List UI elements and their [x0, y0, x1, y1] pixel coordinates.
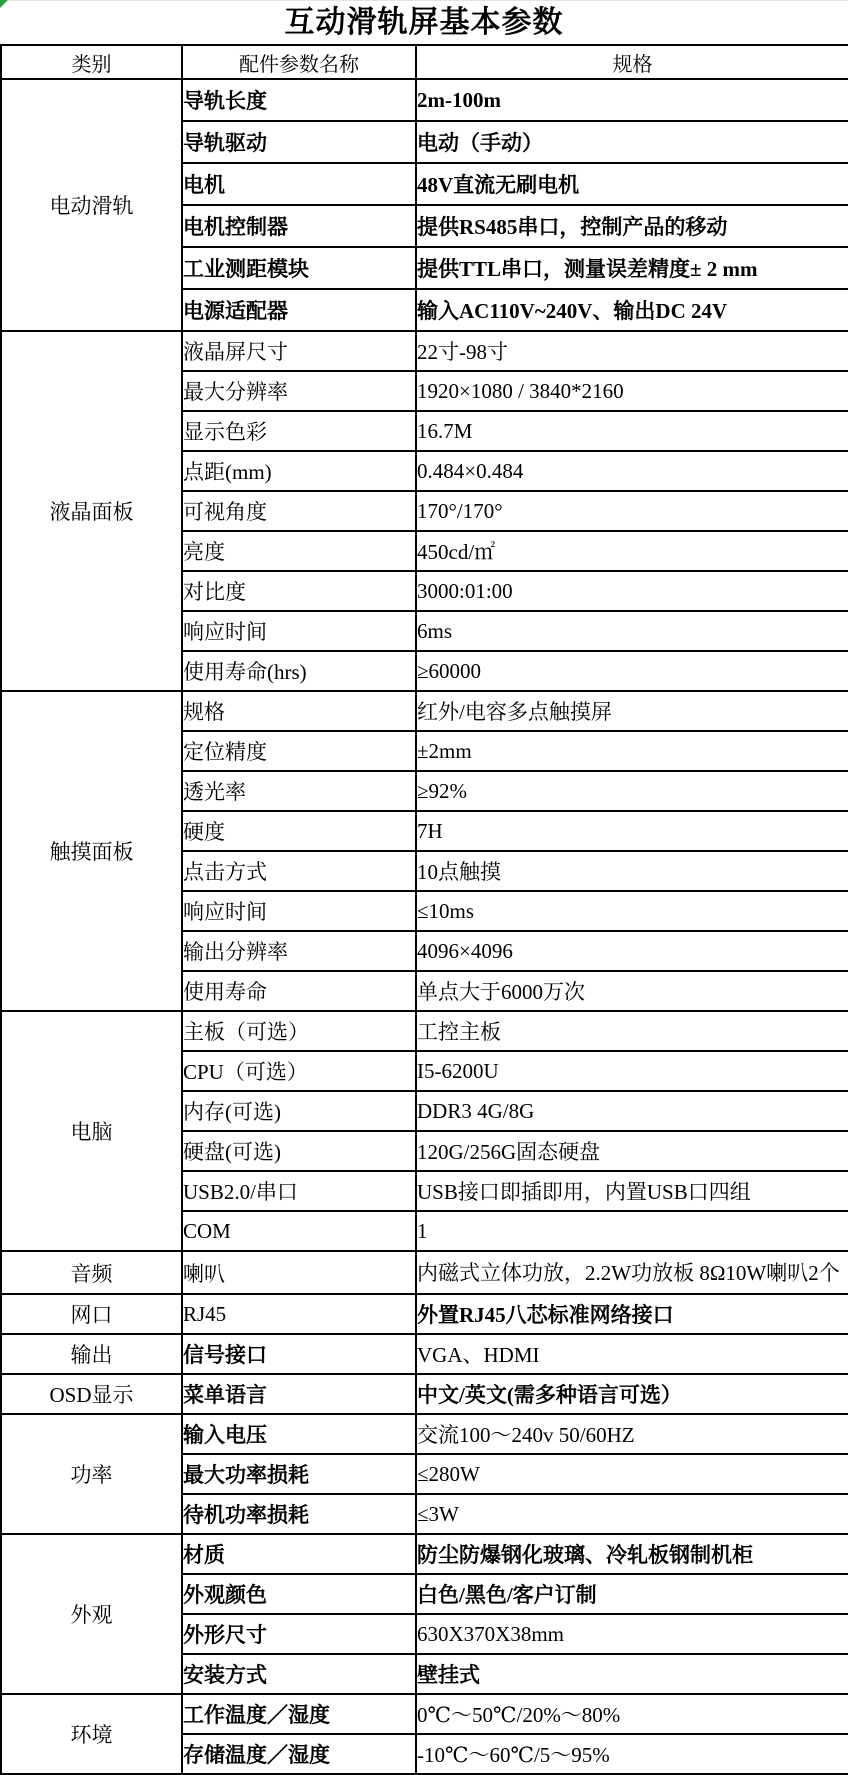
param-name-cell: 最大功率损耗 [182, 1454, 416, 1494]
spec-value-cell: 7H [416, 811, 848, 851]
spec-value-cell: ±2mm [416, 731, 848, 771]
spec-value-cell: 1920×1080 / 3840*2160 [416, 371, 848, 411]
param-name-cell: 信号接口 [182, 1334, 416, 1374]
spec-value-cell: ≥92% [416, 771, 848, 811]
spec-value-cell: VGA、HDMI [416, 1334, 848, 1374]
param-name-cell: 导轨驱动 [182, 121, 416, 163]
spec-value-cell: 450cd/㎡ [416, 531, 848, 571]
param-name-cell: 工业测距模块 [182, 247, 416, 289]
spec-table: 类别 配件参数名称 规格 电动滑轨导轨长度2m-100m导轨驱动电动（手动）电机… [0, 44, 848, 1775]
category-cell: OSD显示 [1, 1374, 182, 1414]
table-row: 功率输入电压交流100～240v 50/60HZ [1, 1414, 848, 1454]
column-header-category: 类别 [1, 45, 182, 79]
table-body: 电动滑轨导轨长度2m-100m导轨驱动电动（手动）电机48V直流无刷电机电机控制… [1, 79, 848, 1774]
table-row: 触摸面板规格红外/电容多点触摸屏 [1, 691, 848, 731]
param-name-cell: 材质 [182, 1534, 416, 1574]
spec-value-cell: 单点大于6000万次 [416, 971, 848, 1011]
spec-value-cell: -10℃～60℃/5～95% [416, 1734, 848, 1774]
param-name-cell: 外观颜色 [182, 1574, 416, 1614]
category-cell: 触摸面板 [1, 691, 182, 1011]
spec-value-cell: ≤280W [416, 1454, 848, 1494]
param-name-cell: 亮度 [182, 531, 416, 571]
spec-value-cell: 170°/170° [416, 491, 848, 531]
spec-value-cell: 48V直流无刷电机 [416, 163, 848, 205]
param-name-cell: 使用寿命(hrs) [182, 651, 416, 691]
spec-value-cell: 120G/256G固态硬盘 [416, 1131, 848, 1171]
spec-value-cell: USB接口即插即用，内置USB口四组 [416, 1171, 848, 1211]
param-name-cell: 透光率 [182, 771, 416, 811]
spec-value-cell: 6ms [416, 611, 848, 651]
param-name-cell: 规格 [182, 691, 416, 731]
spec-value-cell: ≤10ms [416, 891, 848, 931]
spec-value-cell: 中文/英文(需多种语言可选） [416, 1374, 848, 1414]
param-name-cell: COM [182, 1211, 416, 1251]
param-name-cell: 导轨长度 [182, 79, 416, 121]
table-row: 外观材质防尘防爆钢化玻璃、冷轧板钢制机柜 [1, 1534, 848, 1574]
param-name-cell: 菜单语言 [182, 1374, 416, 1414]
param-name-cell: 电源适配器 [182, 289, 416, 331]
param-name-cell: RJ45 [182, 1294, 416, 1334]
spec-value-cell: 10点触摸 [416, 851, 848, 891]
column-header-spec: 规格 [416, 45, 848, 79]
category-cell: 功率 [1, 1414, 182, 1534]
param-name-cell: 点击方式 [182, 851, 416, 891]
spec-value-clipped-text: 内磁式立体功放，2.2W功放板 8Ω10W喇叭2个 [417, 1260, 848, 1286]
param-name-cell: 硬盘(可选) [182, 1131, 416, 1171]
param-name-cell: 响应时间 [182, 891, 416, 931]
spec-value-cell: 输入AC110V~240V、输出DC 24V [416, 289, 848, 331]
spec-value-cell: 3000:01:00 [416, 571, 848, 611]
param-name-cell: USB2.0/串口 [182, 1171, 416, 1211]
spec-sheet: 互动滑轨屏基本参数 类别 配件参数名称 规格 电动滑轨导轨长度2m-100m导轨… [0, 0, 848, 1771]
spec-value-cell: 红外/电容多点触摸屏 [416, 691, 848, 731]
category-cell: 音频 [1, 1251, 182, 1294]
param-name-cell: 电机控制器 [182, 205, 416, 247]
green-triangle-icon [0, 0, 8, 8]
param-name-cell: 对比度 [182, 571, 416, 611]
table-row: 网口RJ45外置RJ45八芯标准网络接口 [1, 1294, 848, 1334]
header-row: 类别 配件参数名称 规格 [1, 45, 848, 79]
category-cell: 电脑 [1, 1011, 182, 1251]
param-name-cell: 存储温度／湿度 [182, 1734, 416, 1774]
spec-value-cell: 工控主板 [416, 1011, 848, 1051]
spec-value-cell: 提供TTL串口，测量误差精度± 2 mm [416, 247, 848, 289]
spec-value-cell: I5-6200U [416, 1051, 848, 1091]
param-name-cell: 显示色彩 [182, 411, 416, 451]
page-title: 互动滑轨屏基本参数 [0, 0, 848, 44]
spec-value-cell: 交流100～240v 50/60HZ [416, 1414, 848, 1454]
param-name-cell: CPU（可选） [182, 1051, 416, 1091]
column-header-parameter: 配件参数名称 [182, 45, 416, 79]
spec-value-cell: 16.7M [416, 411, 848, 451]
param-name-cell: 外形尺寸 [182, 1614, 416, 1654]
param-name-cell: 硬度 [182, 811, 416, 851]
table-row: 环境工作温度／湿度0℃～50℃/20%～80% [1, 1694, 848, 1734]
spec-value-cell: 0℃～50℃/20%～80% [416, 1694, 848, 1734]
table-row: 液晶面板液晶屏尺寸22寸-98寸 [1, 331, 848, 371]
spec-value-cell: 防尘防爆钢化玻璃、冷轧板钢制机柜 [416, 1534, 848, 1574]
param-name-cell: 可视角度 [182, 491, 416, 531]
param-name-cell: 待机功率损耗 [182, 1494, 416, 1534]
spec-value-cell: 外置RJ45八芯标准网络接口 [416, 1294, 848, 1334]
spec-value-cell: 壁挂式 [416, 1654, 848, 1694]
category-cell: 外观 [1, 1534, 182, 1694]
param-name-cell: 输出分辨率 [182, 931, 416, 971]
param-name-cell: 电机 [182, 163, 416, 205]
spec-value-cell: 提供RS485串口，控制产品的移动 [416, 205, 848, 247]
table-row: 输出信号接口VGA、HDMI [1, 1334, 848, 1374]
category-cell: 电动滑轨 [1, 79, 182, 331]
param-name-cell: 定位精度 [182, 731, 416, 771]
spec-value-cell: ≥60000 [416, 651, 848, 691]
param-name-cell: 主板（可选） [182, 1011, 416, 1051]
param-name-cell: 最大分辨率 [182, 371, 416, 411]
spec-value-cell: 22寸-98寸 [416, 331, 848, 371]
param-name-cell: 工作温度／湿度 [182, 1694, 416, 1734]
spec-value-cell: 2m-100m [416, 79, 848, 121]
category-cell: 网口 [1, 1294, 182, 1334]
category-cell: 环境 [1, 1694, 182, 1774]
spec-value-cell: 4096×4096 [416, 931, 848, 971]
table-row: OSD显示菜单语言中文/英文(需多种语言可选） [1, 1374, 848, 1414]
spec-value-cell: ≤3W [416, 1494, 848, 1534]
category-cell: 液晶面板 [1, 331, 182, 691]
param-name-cell: 安装方式 [182, 1654, 416, 1694]
param-name-cell: 内存(可选) [182, 1091, 416, 1131]
table-row: 电动滑轨导轨长度2m-100m [1, 79, 848, 121]
spec-value-cell: 0.484×0.484 [416, 451, 848, 491]
spec-value-cell: DDR3 4G/8G [416, 1091, 848, 1131]
param-name-cell: 液晶屏尺寸 [182, 331, 416, 371]
spec-value-cell: 电动（手动） [416, 121, 848, 163]
param-name-cell: 点距(mm) [182, 451, 416, 491]
spec-value-cell: 内磁式立体功放，2.2W功放板 8Ω10W喇叭2个 [416, 1251, 848, 1294]
param-name-cell: 喇叭 [182, 1251, 416, 1294]
table-row: 音频喇叭内磁式立体功放，2.2W功放板 8Ω10W喇叭2个 [1, 1251, 848, 1294]
param-name-cell: 响应时间 [182, 611, 416, 651]
spec-value-cell: 白色/黑色/客户订制 [416, 1574, 848, 1614]
category-cell: 输出 [1, 1334, 182, 1374]
table-row: 电脑主板（可选）工控主板 [1, 1011, 848, 1051]
param-name-cell: 使用寿命 [182, 971, 416, 1011]
param-name-cell: 输入电压 [182, 1414, 416, 1454]
spec-value-cell: 630X370X38mm [416, 1614, 848, 1654]
spec-value-cell: 1 [416, 1211, 848, 1251]
